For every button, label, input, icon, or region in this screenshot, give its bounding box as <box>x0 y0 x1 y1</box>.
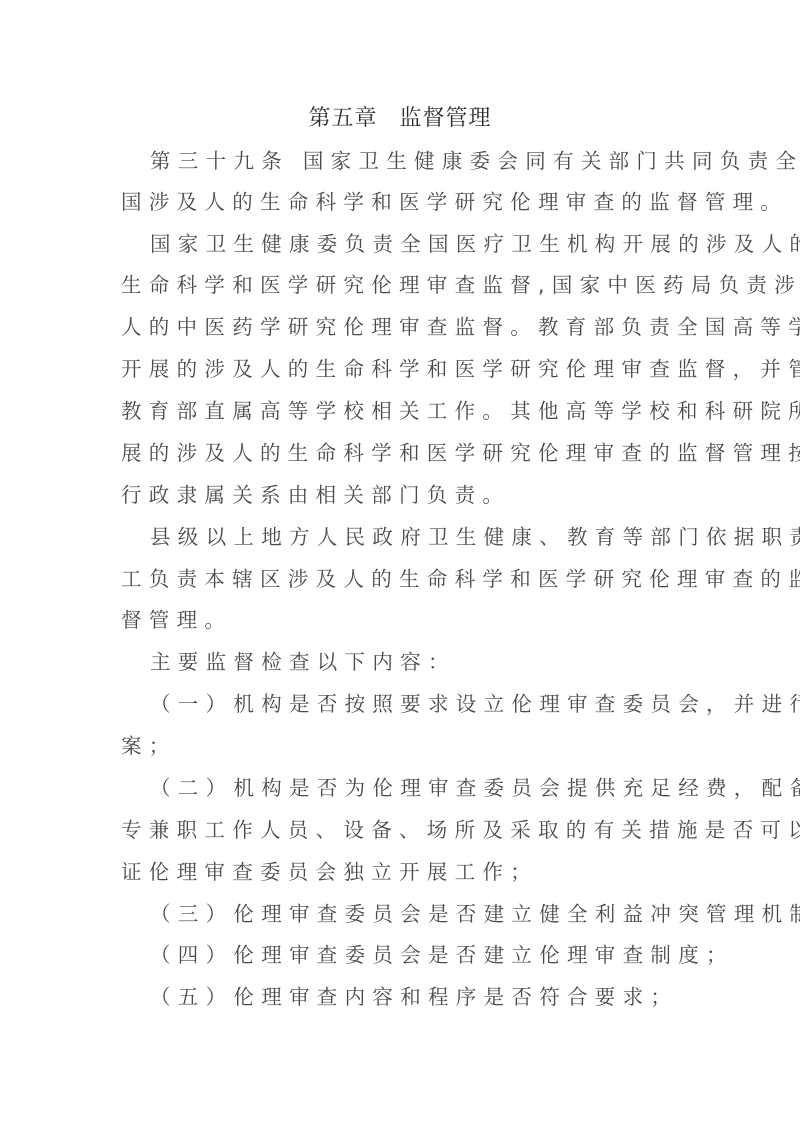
line-18: （三）伦理审查委员会是否建立健全利益冲突管理机制； <box>150 899 720 929</box>
line-6: 教育部直属高等学校相关工作。其他高等学校和科研院所开 <box>121 396 691 426</box>
line-9: 县级以上地方人民政府卫生健康、教育等部门依据职责分 <box>150 522 720 552</box>
line-10: 工负责本辖区涉及人的生命科学和医学研究伦理审查的监 <box>121 564 691 594</box>
line-1: 国涉及人的生命科学和医学研究伦理审查的监督管理。 <box>121 187 691 217</box>
line-11: 督管理。 <box>121 605 691 635</box>
chapter-name: 监督管理 <box>400 106 492 131</box>
line-8: 行政隶属关系由相关部门负责。 <box>121 480 691 510</box>
line-2: 国家卫生健康委负责全国医疗卫生机构开展的涉及人的 <box>150 229 720 259</box>
line-5: 开展的涉及人的生命科学和医学研究伦理审查监督，并管理 <box>121 354 691 384</box>
line-19: （四）伦理审查委员会是否建立伦理审查制度； <box>150 940 720 970</box>
line-17: 证伦理审查委员会独立开展工作； <box>121 857 691 887</box>
line-14: 案； <box>121 731 691 761</box>
line-13: （一）机构是否按照要求设立伦理审查委员会，并进行备 <box>150 689 720 719</box>
line-12: 主要监督检查以下内容： <box>150 647 720 677</box>
chapter-heading: 第五章监督管理 <box>0 103 800 135</box>
line-0: 第三十九条 国家卫生健康委会同有关部门共同负责全 <box>150 146 720 176</box>
line-20: （五）伦理审查内容和程序是否符合要求； <box>150 982 720 1012</box>
line-7: 展的涉及人的生命科学和医学研究伦理审查的监督管理按 <box>121 438 691 468</box>
line-15: （二）机构是否为伦理审查委员会提供充足经费，配备的 <box>150 773 720 803</box>
line-16: 专兼职工作人员、设备、场所及采取的有关措施是否可以保 <box>121 815 691 845</box>
chapter-number: 第五章 <box>308 106 377 131</box>
line-4: 人的中医药学研究伦理审查监督。教育部负责全国高等学校 <box>121 312 691 342</box>
document-page: 第五章监督管理 第三十九条 国家卫生健康委会同有关部门共同负责全 国涉及人的生命… <box>0 0 800 1131</box>
line-3: 生命科学和医学研究伦理审查监督,国家中医药局负责涉及 <box>121 270 691 300</box>
